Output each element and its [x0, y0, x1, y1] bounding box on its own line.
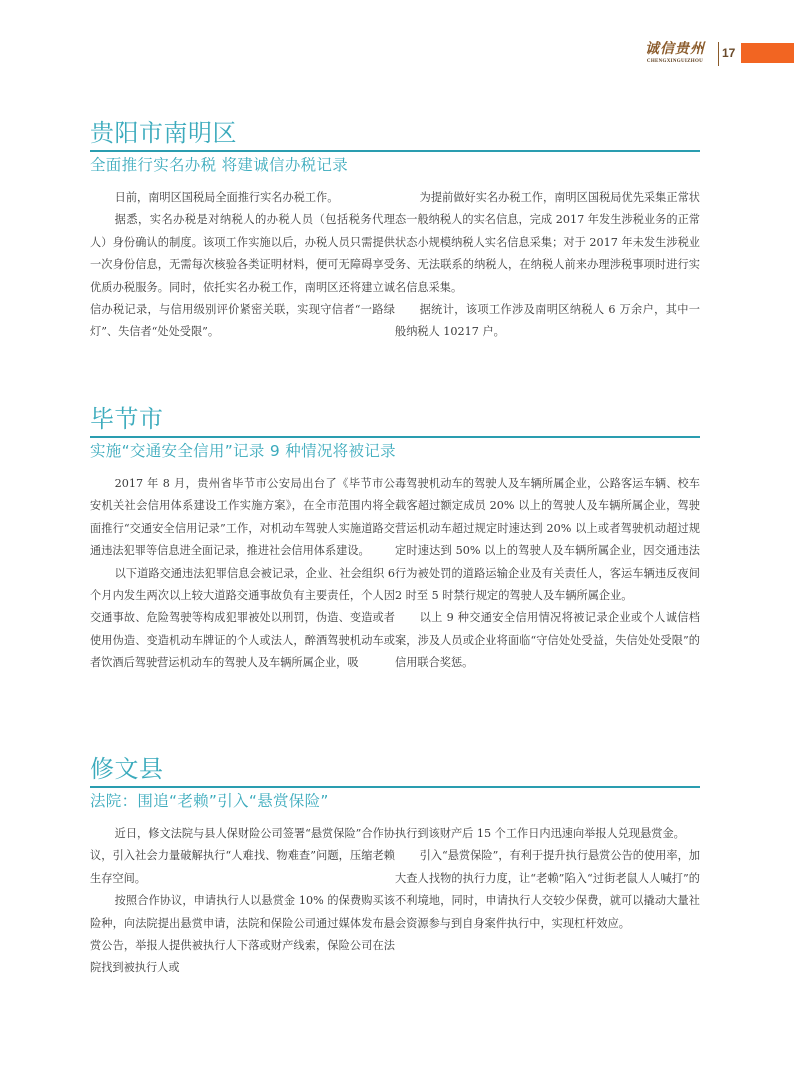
section-nanming-body: 日前，南明区国税局全面推行实名办税工作。 据悉，实名办税是对纳税人的办税人员（包…	[90, 187, 700, 344]
section-bijie-body: 2017 年 8 月，贵州省毕节市公安局出台了《毕节市公安机关社会信用体系建设工…	[90, 473, 700, 675]
magazine-logo: 诚信贵州 CHENGXINGUIZHOU	[636, 40, 714, 68]
orange-accent-bar	[741, 43, 794, 63]
right-column: 毒驾驶机动车的驾驶人及车辆所属企业，公路客运车辆、校车载客超过额定成员 20% …	[395, 473, 700, 675]
left-column: 日前，南明区国税局全面推行实名办税工作。 据悉，实名办税是对纳税人的办税人员（包…	[90, 187, 395, 344]
section-title: 毕节市	[90, 404, 700, 434]
section-subtitle: 法院：围追“老赖”引入“悬赏保险”	[90, 790, 700, 812]
section-nanming: 贵阳市南明区 全面推行实名办税 将建诚信办税记录	[90, 118, 700, 176]
section-title: 贵阳市南明区	[90, 118, 700, 148]
section-subtitle: 全面推行实名办税 将建诚信办税记录	[90, 154, 700, 176]
page-header: 诚信贵州 CHENGXINGUIZHOU 17	[0, 38, 794, 70]
section-bijie: 毕节市 实施“交通安全信用”记录 9 种情况将被记录	[90, 404, 700, 462]
section-subtitle: 实施“交通安全信用”记录 9 种情况将被记录	[90, 440, 700, 462]
section-title: 修文县	[90, 754, 700, 784]
section-xiuwen-body: 近日，修文法院与县人保财险公司签署“悬赏保险”合作协议，引入社会力量破解执行“人…	[90, 823, 700, 980]
paragraph: 以下道路交通违法犯罪信息会被记录，企业、社会组织 6 个月内发生两次以上较大道路…	[90, 563, 395, 675]
paragraph: 据悉，实名办税是对纳税人的办税人员（包括税务代理人）身份确认的制度。该项工作实施…	[90, 209, 395, 343]
right-column: 执行到该财产后 15 个工作日内迅速向举报人兑现悬赏金。 引入“悬赏保险”，有利…	[395, 823, 700, 980]
left-column: 近日，修文法院与县人保财险公司签署“悬赏保险”合作协议，引入社会力量破解执行“人…	[90, 823, 395, 980]
logo-chinese-text: 诚信贵州	[636, 40, 714, 58]
paragraph: 以上 9 种交通安全信用情况将被记录企业或个人诚信档案，涉及人员或企业将面临“守…	[395, 607, 700, 674]
paragraph: 日前，南明区国税局全面推行实名办税工作。	[90, 187, 395, 209]
paragraph: 2017 年 8 月，贵州省毕节市公安局出台了《毕节市公安机关社会信用体系建设工…	[90, 473, 395, 563]
section-divider	[90, 786, 700, 788]
paragraph: 为提前做好实名办税工作，南明区国税局优先采集正常状态一般纳税人的实名信息，完成 …	[395, 187, 700, 299]
section-xiuwen: 修文县 法院：围追“老赖”引入“悬赏保险”	[90, 754, 700, 812]
section-divider	[90, 436, 700, 438]
paragraph: 引入“悬赏保险”，有利于提升执行悬赏公告的使用率，加大查人找物的执行力度，让“老…	[395, 845, 700, 935]
right-column: 为提前做好实名办税工作，南明区国税局优先采集正常状态一般纳税人的实名信息，完成 …	[395, 187, 700, 344]
paragraph-continued: 执行到该财产后 15 个工作日内迅速向举报人兑现悬赏金。	[395, 823, 700, 845]
paragraph: 近日，修文法院与县人保财险公司签署“悬赏保险”合作协议，引入社会力量破解执行“人…	[90, 823, 395, 890]
logo-pinyin-text: CHENGXINGUIZHOU	[636, 58, 714, 65]
paragraph-continued: 毒驾驶机动车的驾驶人及车辆所属企业，公路客运车辆、校车载客超过额定成员 20% …	[395, 473, 700, 607]
section-divider	[90, 150, 700, 152]
header-divider	[718, 42, 719, 66]
paragraph: 按照合作协议，申请执行人以悬赏金 10% 的保费购买该险种，向法院提出悬赏申请，…	[90, 890, 395, 980]
page-number: 17	[722, 45, 735, 61]
left-column: 2017 年 8 月，贵州省毕节市公安局出台了《毕节市公安机关社会信用体系建设工…	[90, 473, 395, 675]
paragraph: 据统计，该项工作涉及南明区纳税人 6 万余户，其中一般纳税人 10217 户。	[395, 299, 700, 344]
